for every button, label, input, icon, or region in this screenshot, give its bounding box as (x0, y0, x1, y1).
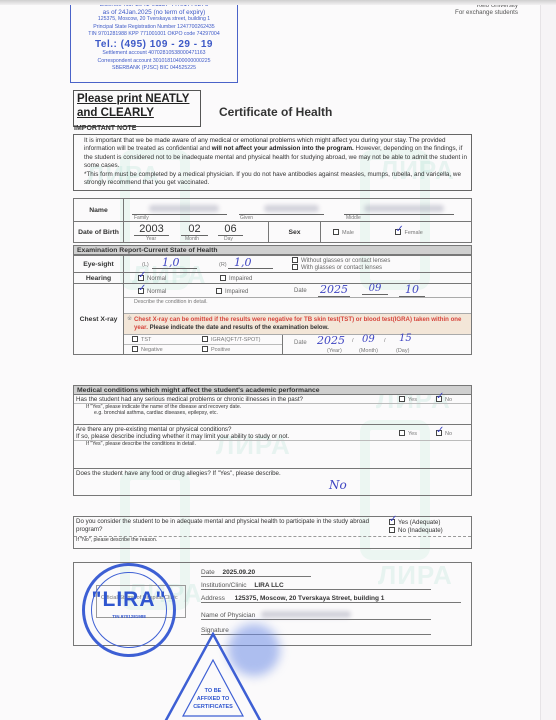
hearing-normal-checkbox[interactable]: Normal (138, 276, 166, 282)
physician-name-redacted (261, 611, 351, 618)
positive-checkbox[interactable]: Positive (202, 346, 230, 353)
dob-field[interactable]: 2003 02 06 Year Month Day (124, 222, 269, 243)
eyesight-field[interactable]: (L) 1,0 (R) 1,0 Without glasses or conta… (124, 256, 472, 273)
round-company-stamp: "LIRA" TIN 9701281988 (82, 563, 176, 657)
xray-omission-warning: ※ Chest X-ray can be omitted if the resu… (124, 314, 471, 334)
q2-no-checkbox[interactable]: No (436, 430, 452, 437)
tb-day: 15 (399, 333, 412, 344)
page-title: Certificate of Health (219, 105, 332, 119)
right-eye-value: 1,0 (234, 256, 252, 269)
q2-yes-checkbox[interactable]: Yes (399, 430, 417, 437)
clinic-date-field[interactable]: Date 2025.09.20 (201, 569, 311, 577)
svg-text:TO BE: TO BE (205, 688, 222, 694)
svg-text:CERTIFICATES: CERTIFICATES (193, 704, 233, 710)
family-name-redacted (149, 205, 219, 212)
female-checkbox[interactable]: Female (395, 230, 422, 236)
q2-block: Are there any pre-existing mental or phy… (74, 425, 471, 469)
page-edge (540, 0, 556, 720)
male-checkbox[interactable]: Male (333, 230, 354, 236)
eyesight-label: Eye-sight (74, 256, 124, 273)
exam-table: Eye-sight (L) 1,0 (R) 1,0 Without glasse… (73, 255, 472, 355)
tb-test-row: TST IGRA(QFT/T-SPOT) Negative Positive D… (124, 334, 471, 354)
xray-year: 2025 (318, 283, 350, 297)
sex-label: Sex (269, 222, 321, 243)
left-eye-value: 1,0 (162, 256, 180, 269)
q1-yes-checkbox[interactable]: Yes (399, 396, 417, 403)
allergy-answer: No (329, 478, 347, 492)
dob-label: Date of Birth (74, 222, 124, 243)
sex-options: Male Female (321, 222, 472, 243)
exam-section-heading: Examination Report-Current State of Heal… (73, 245, 472, 255)
negative-checkbox[interactable]: Negative (132, 346, 163, 353)
tst-checkbox[interactable]: TST (132, 336, 151, 343)
medical-questions: Has the student had any serious medical … (73, 395, 472, 496)
xray-description-field[interactable]: Describe the condition in detail. (124, 298, 471, 314)
address-field[interactable]: Address 125375, Moscow, 20 Tverskaya Str… (201, 595, 461, 603)
xray-impaired-checkbox[interactable]: Impaired (216, 288, 248, 295)
medical-section-heading: Medical conditions which might affect th… (73, 385, 472, 395)
print-neatly-box: Please print NEATLY and CLEARLY (73, 90, 201, 127)
adequate-checkbox[interactable]: Yes (Adequate) (389, 519, 440, 526)
without-glasses-checkbox[interactable]: Without glasses or contact lenses (292, 257, 390, 264)
svg-text:AFFIXED TO: AFFIXED TO (197, 696, 230, 702)
triangle-stamp: TO BE AFFIXED TO CERTIFICATES (163, 632, 263, 720)
xray-normal-checkbox[interactable]: Normal (138, 288, 166, 295)
middle-name-redacted (364, 205, 444, 212)
name-label: Name (74, 199, 124, 222)
hearing-impaired-checkbox[interactable]: Impaired (220, 276, 252, 282)
adequacy-block: Do you consider the student to be in ade… (73, 516, 472, 549)
chest-xray-label: Chest X-ray (74, 284, 124, 355)
q1-block: Has the student had any serious medical … (74, 395, 471, 425)
physician-field[interactable]: Name of Physician (201, 611, 431, 620)
given-name-redacted (264, 205, 319, 212)
name-field[interactable]: Family Given Middle (124, 199, 472, 222)
tb-month: 09 (362, 334, 375, 345)
hearing-label: Hearing (74, 273, 124, 284)
inadequate-checkbox[interactable]: No (Inadequate) (389, 527, 443, 534)
institution-field[interactable]: Institution/Clinic LIRA LLC (201, 582, 431, 590)
document-page: ЛИРА ЛИРА ЛИРА ЛИРА ЛИРА ЛИРА ЛИРА Licen… (0, 0, 540, 720)
hearing-field: Normal Impaired (124, 273, 472, 284)
important-note: It is important that we be made aware of… (73, 134, 472, 191)
igra-checkbox[interactable]: IGRA(QFT/T-SPOT) (202, 336, 261, 343)
important-note-heading: IMPORTANT NOTE (74, 125, 136, 132)
personal-info-table: Name Family Given Middle Date of Birth 2… (73, 198, 472, 243)
xray-month: 09 (362, 283, 388, 295)
license-stamp: License No. L041-01137-77/01770276 as of… (70, 0, 238, 83)
xray-result-row: Normal Impaired Date 2025 09 10 (124, 284, 471, 298)
tb-year: 2025 (317, 334, 345, 347)
q3-block: Does the student have any food or drug a… (74, 469, 471, 495)
with-glasses-checkbox[interactable]: With glasses or contact lenses (292, 264, 382, 271)
xray-day: 10 (399, 283, 425, 297)
license-phone: Tel.: (495) 109 - 29 - 19 (71, 39, 237, 50)
q1-no-checkbox[interactable]: No (436, 396, 452, 403)
